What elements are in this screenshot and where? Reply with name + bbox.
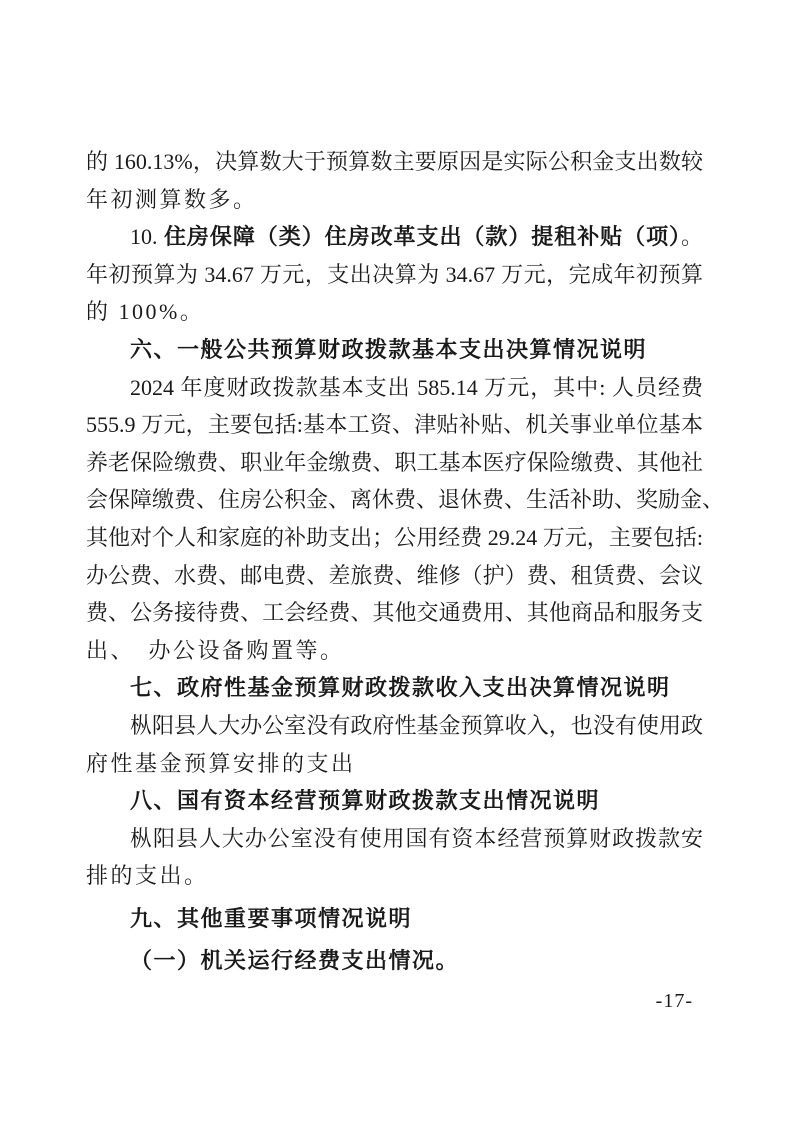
text-segment: 555.9 万元，主要包括:基本工资、津贴补贴、机关事业单位基本 (86, 412, 703, 437)
text-line: 府性基金预算安排的支出 (86, 745, 703, 783)
heading-line: （一）机关运行经费支出情况。 (86, 942, 703, 980)
text-line: 2024 年度财政拨款基本支出 585.14 万元，其中: 人员经费 (86, 369, 703, 407)
heading-line: 八、国有资本经营预算财政拨款支出情况说明 (86, 782, 703, 820)
text-segment: 枞阳县人大办公室没有使用国有资本经营预算财政拨款安 (130, 826, 703, 851)
text-line: 会保障缴费、住房公积金、离休费、退休费、生活补助、奖励金、 (86, 481, 703, 519)
text-segment: 枞阳县人大办公室没有政府性基金预算收入，也没有使用政 (130, 713, 703, 738)
text-segment: 。 (681, 224, 703, 249)
text-segment: （一）机关运行经费支出情况。 (130, 948, 459, 973)
text-segment: 八、国有资本经营预算财政拨款支出情况说明 (130, 788, 600, 813)
text-segment: 会保障缴费、住房公积金、离休费、退休费、生活补助、奖励金、 (86, 487, 724, 512)
text-segment: 养老保险缴费、职业年金缴费、职工基本医疗保险缴费、其他社 (86, 450, 703, 475)
text-line: 排的支出。 (86, 857, 703, 895)
text-segment: 费、公务接待费、工会经费、其他交通费用、其他商品和服务支 (86, 600, 703, 625)
text-segment: 出、 办公设备购置等。 (86, 638, 345, 663)
text-segment: 的 100%。 (86, 299, 204, 324)
document-page: 的 160.13%，决算数大于预算数主要原因是实际公积金支出数较年初测算数多。1… (0, 0, 793, 1122)
text-line: 的 160.13%，决算数大于预算数主要原因是实际公积金支出数较 (86, 143, 703, 181)
text-line: 费、公务接待费、工会经费、其他交通费用、其他商品和服务支 (86, 594, 703, 632)
heading-line: 九、其他重要事项情况说明 (86, 900, 703, 938)
heading-line: 六、一般公共预算财政拨款基本支出决算情况说明 (86, 331, 703, 369)
text-line: 年初预算为 34.67 万元，支出决算为 34.67 万元，完成年初预算 (86, 256, 703, 294)
text-segment: 排的支出。 (86, 863, 209, 888)
text-line: 的 100%。 (86, 293, 703, 331)
text-segment: 的 160.13%，决算数大于预算数主要原因是实际公积金支出数较 (86, 149, 703, 174)
text-line: 其他对个人和家庭的补助支出；公用经费 29.24 万元，主要包括: (86, 519, 703, 557)
text-segment: 府性基金预算安排的支出 (86, 751, 356, 776)
text-segment: 六、一般公共预算财政拨款基本支出决算情况说明 (130, 337, 647, 362)
text-line: 年初测算数多。 (86, 181, 703, 219)
text-segment: 年初预算为 34.67 万元，支出决算为 34.67 万元，完成年初预算 (86, 262, 703, 287)
text-line: 555.9 万元，主要包括:基本工资、津贴补贴、机关事业单位基本 (86, 406, 703, 444)
text-segment: 10. (130, 224, 164, 249)
text-column: 的 160.13%，决算数大于预算数主要原因是实际公积金支出数较年初测算数多。1… (86, 143, 703, 980)
text-line: 10. 住房保障（类）住房改革支出（款）提租补贴（项）。 (86, 218, 703, 256)
text-segment: 九、其他重要事项情况说明 (130, 906, 412, 931)
text-segment: 住房保障（类）住房改革支出（款）提租补贴（项） (164, 224, 681, 249)
heading-line: 七、政府性基金预算财政拨款收入支出决算情况说明 (86, 669, 703, 707)
text-segment: 2024 年度财政拨款基本支出 585.14 万元，其中: 人员经费 (130, 375, 703, 400)
text-line: 枞阳县人大办公室没有使用国有资本经营预算财政拨款安 (86, 820, 703, 858)
page-number: -17- (656, 990, 693, 1013)
text-segment: 年初测算数多。 (86, 187, 258, 212)
text-segment: 其他对个人和家庭的补助支出；公用经费 29.24 万元，主要包括: (86, 525, 703, 550)
text-line: 枞阳县人大办公室没有政府性基金预算收入，也没有使用政 (86, 707, 703, 745)
text-line: 办公费、水费、邮电费、差旅费、维修（护）费、租赁费、会议 (86, 557, 703, 595)
text-line: 出、 办公设备购置等。 (86, 632, 703, 670)
text-line: 养老保险缴费、职业年金缴费、职工基本医疗保险缴费、其他社 (86, 444, 703, 482)
text-segment: 七、政府性基金预算财政拨款收入支出决算情况说明 (130, 675, 671, 700)
text-segment: 办公费、水费、邮电费、差旅费、维修（护）费、租赁费、会议 (86, 563, 703, 588)
